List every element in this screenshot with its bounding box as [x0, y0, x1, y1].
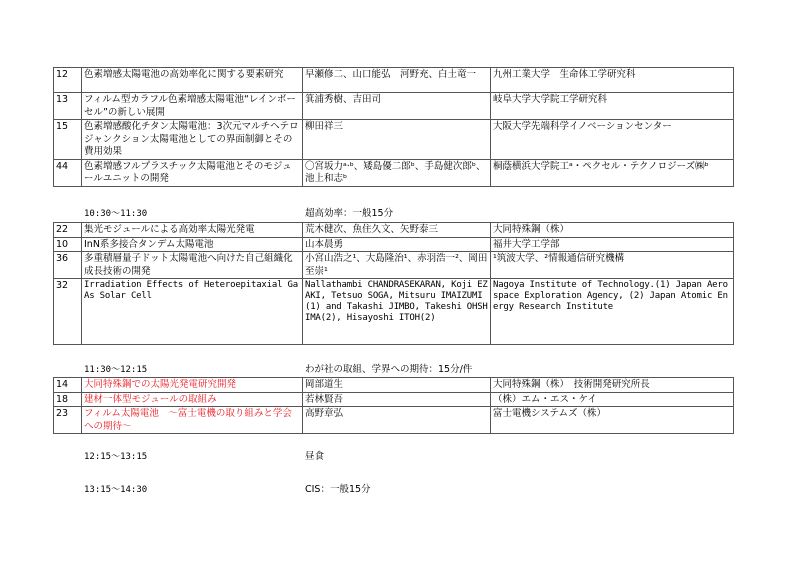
table-row: 14 大同特殊鋼での太陽光発電研究開発 岡部道生 大同特殊鋼（株） 技術開発研究… [54, 378, 734, 393]
session-label: CIS：一般15分 [305, 484, 371, 496]
paper-authors: 荒木健次、魚住久文、矢野泰三 [303, 223, 491, 238]
paper-number: 36 [54, 252, 82, 279]
paper-title: フィルム型カラフル色素増感太陽電池“レインボーセル”の新しい展開 [82, 93, 303, 120]
break-time: 12:15〜13:15 [84, 451, 147, 463]
paper-number: 10 [54, 237, 82, 252]
paper-authors: 箕浦秀樹、吉田司 [303, 93, 491, 120]
paper-number: 13 [54, 93, 82, 120]
paper-affiliation: 大同特殊鋼（株） [491, 223, 734, 238]
paper-affiliation: 大同特殊鋼（株） 技術開発研究所長 [491, 378, 734, 393]
table-row: 10 InN系多接合タンデム太陽電池 山本晨勇 福井大学工学部 [54, 237, 734, 252]
session-time: 11:30〜12:15 [84, 364, 147, 376]
paper-number: 15 [54, 120, 82, 160]
table-row: 18 建材一体型モジュールの取組み 若林賢吾 （株）エム・エス・ケイ [54, 392, 734, 407]
paper-number: 44 [54, 159, 82, 186]
paper-authors: 山本晨勇 [303, 237, 491, 252]
paper-affiliation: Nagoya Institute of Technology.(1) Japan… [491, 279, 734, 345]
paper-title: 色素増感酸化チタン太陽電池：3次元マルチヘテロジャンクション太陽電池としての界面… [82, 120, 303, 160]
table-row: 32 Irradiation Effects of Heteroepitaxia… [54, 279, 734, 345]
paper-authors: 岡部道生 [303, 378, 491, 393]
paper-title: InN系多接合タンデム太陽電池 [82, 237, 303, 252]
paper-affiliation: （株）エム・エス・ケイ [491, 392, 734, 407]
paper-authors: 〇宮坂力ᵃ·ᵇ、矮島優二郎ᵇ、手島健次郎ᵇ、池上和志ᵇ [303, 159, 491, 186]
table-row: 15 色素増感酸化チタン太陽電池：3次元マルチヘテロジャンクション太陽電池として… [54, 120, 734, 160]
paper-authors: Nallathambi CHANDRASEKARAN, Koji EZAKI, … [303, 279, 491, 345]
paper-affiliation: 桐蔭横浜大学院工ᵃ・ペクセル・テクノロジーズ㈱ᵇ [491, 159, 734, 186]
paper-authors: 小宮山浩之¹、大島隆治¹、赤羽浩一²、岡田至崇¹ [303, 252, 491, 279]
paper-title: 色素増感フルプラスチック太陽電池とそのモジュールユニットの開発 [82, 159, 303, 186]
paper-number: 22 [54, 223, 82, 238]
table-row: 36 多重積層量子ドット太陽電池へ向けた自己組織化成長技術の開発 小宮山浩之¹、… [54, 252, 734, 279]
paper-authors: 柳田祥三 [303, 120, 491, 160]
paper-affiliation: 岐阜大学大学院工学研究科 [491, 93, 734, 120]
paper-title: 色素増感太陽電池の高効率化に関する要素研究 [82, 68, 303, 93]
session-table-dye-sensitized: 12 色素増感太陽電池の高効率化に関する要素研究 早瀬修二、山口能弘 河野充、白… [53, 67, 734, 187]
paper-number: 14 [54, 378, 82, 393]
paper-number: 12 [54, 68, 82, 93]
paper-title: フィルム太陽電池 〜富士電機の取り組みと学会への期待〜 [82, 407, 303, 434]
paper-authors: 若林賢吾 [303, 392, 491, 407]
paper-affiliation: 九州工業大学 生命体工学研究科 [491, 68, 734, 93]
paper-title: 多重積層量子ドット太陽電池へ向けた自己組織化成長技術の開発 [82, 252, 303, 279]
paper-number: 18 [54, 392, 82, 407]
session-label: 超高効率：一般15分 [305, 208, 393, 220]
table-row: 13 フィルム型カラフル色素増感太陽電池“レインボーセル”の新しい展開 箕浦秀樹… [54, 93, 734, 120]
paper-affiliation: 福井大学工学部 [491, 237, 734, 252]
paper-number: 32 [54, 279, 82, 345]
session-time: 13:15〜14:30 [84, 484, 147, 496]
table-row: 22 集光モジュールによる高効率太陽光発電 荒木健次、魚住久文、矢野泰三 大同特… [54, 223, 734, 238]
paper-affiliation: ¹筑波大学、²情報通信研究機構 [491, 252, 734, 279]
paper-title: Irradiation Effects of Heteroepitaxial G… [82, 279, 303, 345]
paper-number: 23 [54, 407, 82, 434]
session-table-industry: 14 大同特殊鋼での太陽光発電研究開発 岡部道生 大同特殊鋼（株） 技術開発研究… [53, 377, 734, 434]
paper-title: 集光モジュールによる高効率太陽光発電 [82, 223, 303, 238]
session-table-ultra-high-efficiency: 22 集光モジュールによる高効率太陽光発電 荒木健次、魚住久文、矢野泰三 大同特… [53, 222, 734, 345]
break-label: 昼食 [305, 451, 324, 463]
session-label: わが社の取組、学界への期待：15分/件 [305, 364, 472, 376]
paper-affiliation: 大阪大学先端科学イノベーションセンター [491, 120, 734, 160]
paper-affiliation: 富士電機システムズ（株） [491, 407, 734, 434]
table-row: 23 フィルム太陽電池 〜富士電機の取り組みと学会への期待〜 高野章弘 富士電機… [54, 407, 734, 434]
table-row: 44 色素増感フルプラスチック太陽電池とそのモジュールユニットの開発 〇宮坂力ᵃ… [54, 159, 734, 186]
paper-authors: 早瀬修二、山口能弘 河野充、白土竜一 [303, 68, 491, 93]
table-row: 12 色素増感太陽電池の高効率化に関する要素研究 早瀬修二、山口能弘 河野充、白… [54, 68, 734, 93]
session-time: 10:30〜11:30 [84, 208, 147, 220]
paper-title: 大同特殊鋼での太陽光発電研究開発 [82, 378, 303, 393]
paper-title: 建材一体型モジュールの取組み [82, 392, 303, 407]
paper-authors: 高野章弘 [303, 407, 491, 434]
